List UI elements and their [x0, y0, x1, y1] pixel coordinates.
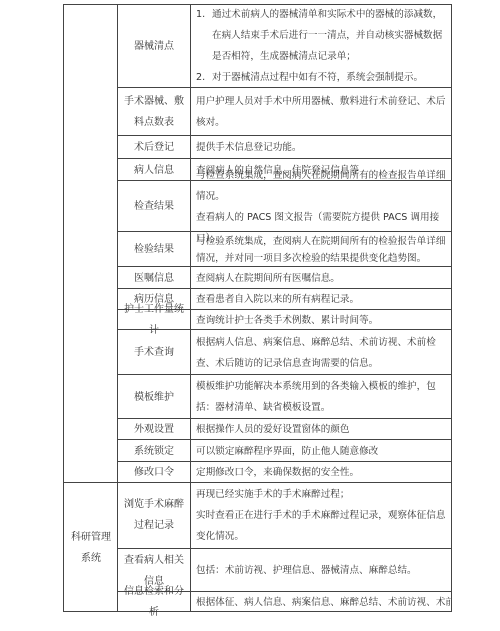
- feature-name: 模板维护: [118, 375, 190, 419]
- table-row: 检查结果 与检查系统集成，查阅病人在院期间所有的检查报告单详细情况。 查看病人的…: [118, 180, 451, 232]
- feature-name: 手术查询: [118, 330, 190, 375]
- table-row: 外观设置 根据操作人员的爱好设置窗体的颜色: [118, 418, 451, 440]
- feature-name: 器械清点: [118, 5, 190, 87]
- table-row: 修改口令 定期修改口令，来确保数据的安全性。: [118, 461, 451, 483]
- feature-desc: 与检验系统集成，查阅病人在院期间所有的检验报告单详细情况，并对同一项目多次检验的…: [192, 232, 451, 267]
- feature-desc: 1.通过术前病人的器械清单和实际术中的器械的添减数，在病人结束手术后进行一一清点…: [192, 5, 451, 87]
- feature-name: 外观设置: [118, 419, 190, 440]
- feature-name: 医嘱信息: [118, 267, 190, 289]
- feature-desc: 用户护理人员对手术中所用器械、敷料进行术前登记、术后核对。: [192, 88, 451, 136]
- feature-name: 修改口令: [118, 462, 190, 483]
- feature-name: 系统锁定: [118, 440, 190, 462]
- function-table: 科研管理系统 器械清点 1.通过术前病人的器械清单和实际术中的器械的添减数，在病…: [63, 4, 452, 612]
- feature-name: 浏览手术麻醉过程记录: [118, 482, 190, 548]
- feature-desc: 定期修改口令，来确保数据的安全性。: [192, 462, 451, 483]
- feature-desc: 根据体征、病人信息、病案信息、麻醉总结、术前访视、术前检: [192, 592, 451, 612]
- feature-name: 检查结果: [118, 181, 190, 232]
- feature-desc: 模板维护功能解决本系统用到的各类输入模板的维护，包括：器材清单、缺省模板设置。: [192, 375, 451, 419]
- feature-name: 检验结果: [118, 232, 190, 267]
- feature-desc: 根据病人信息、病案信息、麻醉总结、术前访视、术前检查、术后随访的记录信息查询需要…: [192, 330, 451, 375]
- feature-name: 病人信息: [118, 159, 190, 181]
- table-row: 信息检索和分析 根据体征、病人信息、病案信息、麻醉总结、术前访视、术前检: [118, 591, 451, 612]
- table-row: 检验结果 与检验系统集成，查阅病人在院期间所有的检验报告单详细情况，并对同一项目…: [118, 231, 451, 267]
- feature-desc: 包括：术前访视、护理信息、器械清点、麻醉总结。: [192, 549, 451, 592]
- feature-desc: 查阅病人在院期间所有医嘱信息。: [192, 267, 451, 289]
- table-row: 护士工作量统计 查询统计护士各类手术例数、累计时间等。: [118, 309, 451, 330]
- table-row: 器械清点 1.通过术前病人的器械清单和实际术中的器械的添减数，在病人结束手术后进…: [118, 5, 451, 87]
- feature-desc: 查看患者自入院以来的所有病程记录。: [192, 289, 451, 310]
- table-row: 模板维护 模板维护功能解决本系统用到的各类输入模板的维护，包括：器材清单、缺省模…: [118, 374, 451, 419]
- table-row: 系统锁定 可以锁定麻醉程序界面，防止他人随意修改: [118, 439, 451, 462]
- table-row: 手术器械、敷料点数表 用户护理人员对手术中所用器械、敷料进行术前登记、术后核对。: [118, 87, 451, 136]
- feature-desc: 根据操作人员的爱好设置窗体的颜色: [192, 419, 451, 440]
- section-label-research: 科研管理系统: [64, 484, 118, 612]
- table-row: 术后登记 提供手术信息登记功能。: [118, 135, 451, 159]
- table-row: 手术查询 根据病人信息、病案信息、麻醉总结、术前访视、术前检查、术后随访的记录信…: [118, 329, 451, 375]
- feature-name: 护士工作量统计: [118, 310, 190, 330]
- feature-name: 手术器械、敷料点数表: [118, 88, 190, 136]
- feature-desc: 查询统计护士各类手术例数、累计时间等。: [192, 310, 451, 330]
- table-row: 医嘱信息 查阅病人在院期间所有医嘱信息。: [118, 266, 451, 289]
- feature-desc: 再现已经实施手术的手术麻醉过程； 实时查看正在进行手术的手术麻醉过程记录，观察体…: [192, 482, 451, 548]
- feature-name: 术后登记: [118, 136, 190, 159]
- feature-desc: 提供手术信息登记功能。: [192, 136, 451, 159]
- feature-name: 信息检索和分析: [118, 592, 190, 612]
- table-row: 浏览手术麻醉过程记录 再现已经实施手术的手术麻醉过程； 实时查看正在进行手术的手…: [118, 482, 451, 548]
- feature-desc: 与检查系统集成，查阅病人在院期间所有的检查报告单详细情况。 查看病人的 PACS…: [192, 181, 451, 232]
- feature-desc: 可以锁定麻醉程序界面，防止他人随意修改: [192, 440, 451, 462]
